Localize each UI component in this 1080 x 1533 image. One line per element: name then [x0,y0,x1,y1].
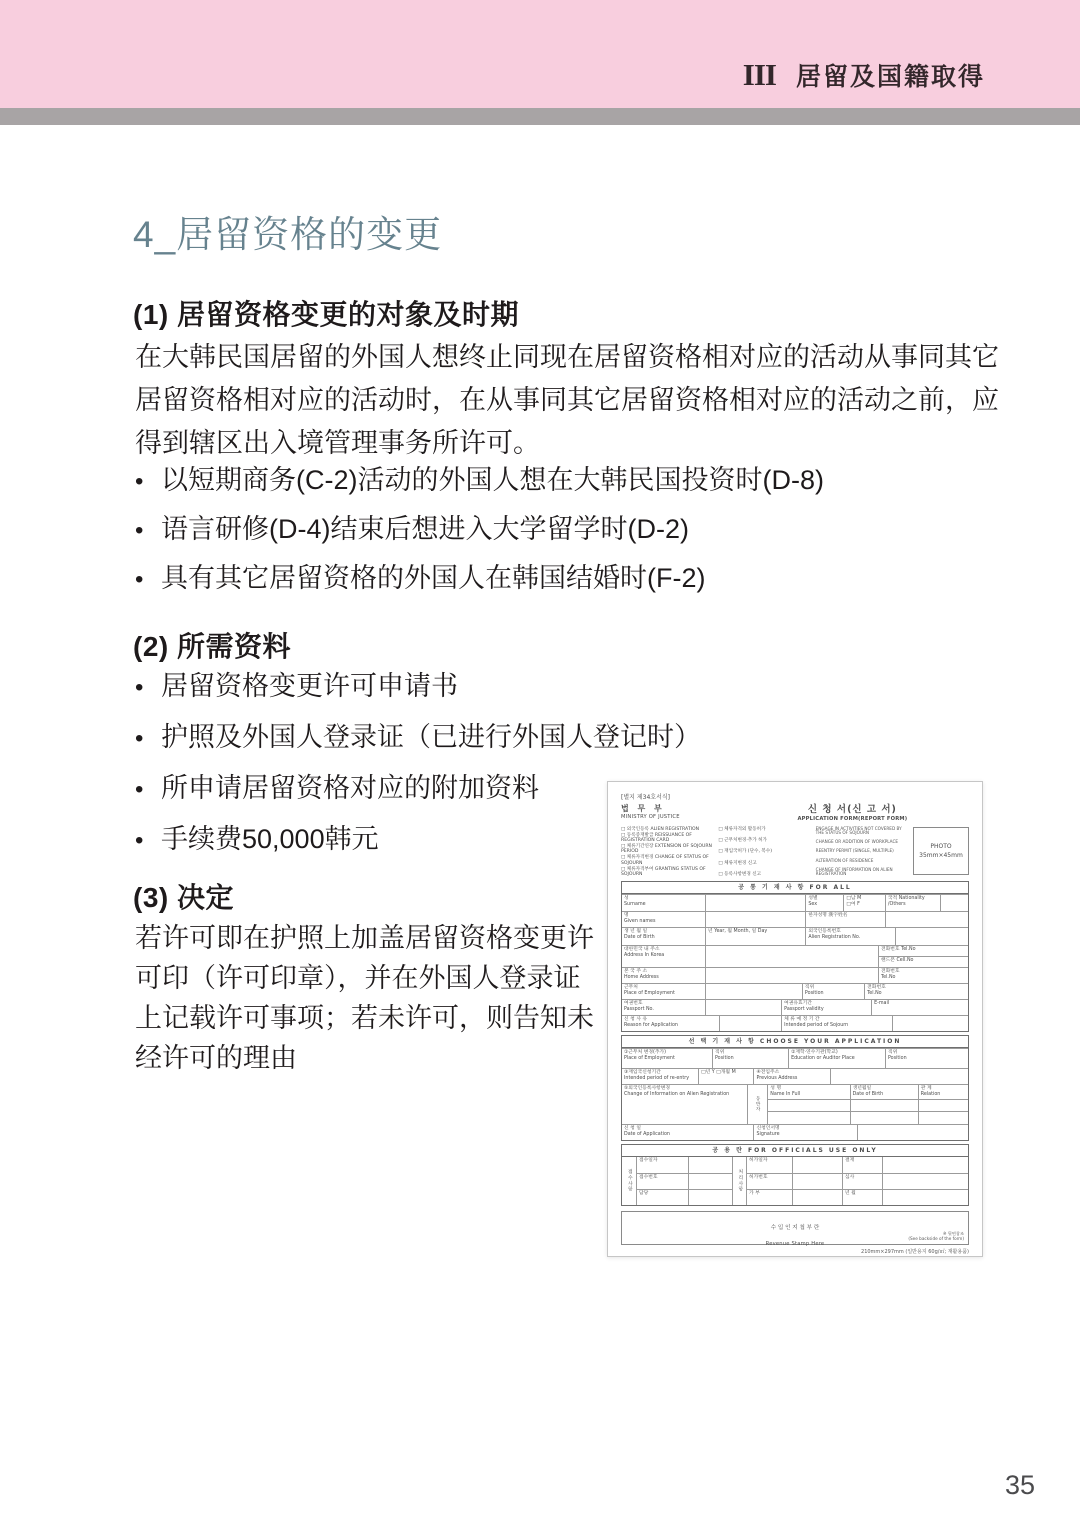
form-field-label: 성 Surname [622,895,705,911]
form-field-label: 전화번호 Tel.No [878,968,968,983]
form-field-blank [705,946,878,967]
form-header: 법 무 부 MINISTRY OF JUSTICE 신 청 서(신 고 서) A… [621,804,969,822]
form-field-label: 신 청 일 Date of Application [622,1125,753,1140]
form-field-label: 여권번호 Passport No. [622,1000,705,1015]
form-field-label: □남 M □여 F [843,895,885,911]
page-number: 35 [1005,1470,1035,1501]
form-field-label: 직위 Position [885,1049,968,1068]
form-row: 대한민국 내 주소 Address In Korea 전화번호 Tel.No 핸… [622,945,968,967]
form-checkbox-item: CHANGE OF INFORMATION ON ALIEN REGISTRAT… [816,868,909,877]
form-stamp-note: ※ 뒷면참조 (See backside of the form) [908,1231,964,1242]
bullet-text: 以短期商务(C-2)活动的外国人想在大韩民国投资时(D-8) [161,464,824,497]
bullet-text: 护照及外国人登录证（已进行外国人登记时） [161,721,701,754]
form-field-blank [719,1016,781,1031]
form-field-blank [705,984,802,999]
form-field-label: 성별 Sex [805,895,843,911]
bullet-icon [135,464,161,498]
form-row: ①근무처 변경(추가) Place of Employment 직위 Posit… [622,1048,968,1068]
form-row: ⑤외국인등록사항변경 Change of Information on Alie… [622,1084,968,1124]
bullet-icon [135,772,161,806]
form-ministry-ko: 법 무 부 [621,804,736,814]
bullet-icon [135,670,161,704]
application-form-image: [별지 제34호서식] 법 무 부 MINISTRY OF JUSTICE 신 … [607,781,983,1257]
form-photo-box: PHOTO 35mm×45mm [913,827,969,875]
form-field-label: ②재학·연수기관(학교) Education or Auditor Place [788,1049,885,1068]
form-row [767,1111,968,1124]
list-item: 具有其它居留资格的外国人在韩国结婚时(F-2) [135,562,824,596]
form-field-label: 생년월일 Date of Birth [850,1085,918,1099]
form-field-blank [792,1157,842,1173]
form-row: 여권번호 Passport No. 여권유효기간 Passport validi… [622,999,968,1015]
form-field-label: 국적 Nationality /Others [885,895,940,911]
form-field-label: 본 국 주 소 Home Address [622,968,705,983]
form-field-blank [792,1189,842,1205]
form-field-blank [792,1173,842,1189]
form-ministry-en: MINISTRY OF JUSTICE [621,814,736,820]
form-checkbox-col2: □ 체류자격외 활동허가□ 근무처변경·추가 허가□ 재입국허가 (단수, 복수… [718,827,815,877]
bullet-text: 居留资格变更许可申请书 [161,670,458,703]
form-field-label: 체 류 예 정 기 간 Intended period of Sojourn [781,1016,892,1031]
form-field-blank [705,912,805,927]
form-field-label: 심사 [842,1173,882,1189]
form-field-label: 한자성명 漢字姓名 [805,912,885,927]
form-row: 신 청 사 유 Reason for Application 체 류 예 정 기… [622,1015,968,1031]
form-field-label: 핸드폰 Cell.No [879,956,968,967]
form-field-blank [767,1112,849,1124]
form-field-label: 대한민국 내 주소 Address In Korea [622,946,705,967]
list-item: 护照及外国人登录证（已进行外国人登记时） [135,721,701,755]
form-field-label: ⑤외국인등록사항변경 Change of Information on Alie… [622,1085,747,1124]
form-field-blank [850,1112,918,1124]
form-field-label: 관 계 Relation [918,1085,968,1099]
form-field-label: 결재 [842,1157,882,1173]
bullet-icon [135,562,161,596]
form-field-label: 년 월 [842,1189,882,1205]
bullet-icon [135,513,161,547]
form-title-ko: 신 청 서(신 고 서) [736,804,969,815]
list-item: 以短期商务(C-2)活动的外国人想在大韩民国投资时(D-8) [135,464,824,498]
form-field-label: 근무처 Place of Employment [622,984,705,999]
chapter-header-band: III 居留及国籍取得 [0,0,1080,108]
form-field-blank [705,1000,781,1015]
form-checkbox-item: □ 체류자격부여 GRANTING STATUS OF SOJOURN [621,867,714,877]
form-field-label: 허가일자 [746,1157,792,1173]
form-checkbox-item: □ 등록증재발급 REISSUANCE OF REGISTRATION CARD [621,833,714,843]
form-field-stack: 전화번호 Tel.No 핸드폰 Cell.No [878,946,968,967]
form-field-label: 전화번호 Tel.No [879,946,968,956]
list-item: 语言研修(D-4)结束后想进入大学留学时(D-2) [135,513,824,547]
form-field-label: 직위 Position [802,984,864,999]
form-checkbox-item: ALTERATION OF RESIDENCE [816,859,909,864]
form-field-label: 접수일자 [636,1157,688,1173]
form-field-label: 접수번호 [636,1173,688,1189]
form-checkbox-item: CHANGE OR ADDITION OF WORKPLACE [816,840,909,845]
form-field-label: 동반자 [747,1085,768,1124]
form-row: 생 년 월 일 Date of Birth 년 Year, 월 Month, 일… [622,927,968,945]
form-field-label: □년 Y □개월 M [698,1069,753,1084]
form-field-label: 직위 Position [712,1049,788,1068]
form-table-choose: 선 택 기 재 사 항 CHOOSE YOUR APPLICATION ①근무처… [621,1035,969,1141]
form-ministry: 법 무 부 MINISTRY OF JUSTICE [621,804,736,820]
form-checkbox-item: □ 외국인등록 ALIEN REGISTRATION [621,827,714,832]
form-table-common: 공 통 기 재 사 항 FOR ALL 성 Surname 성별 Sex □남 … [621,881,969,1032]
form-stamp-en: Revenue Stamp Here [622,1241,968,1247]
form-field-blank [705,895,805,911]
form-field-blank [688,1189,732,1205]
form-field-label: 신 청 사 유 Reason for Application [622,1016,719,1031]
form-field-label: 접수사항 [622,1157,636,1205]
form-field-label: ③재입국신청기간 Intended period of re-entry [622,1069,698,1084]
form-field-label: 여권유효기간 Passport validity [781,1000,871,1015]
form-checkbox-item: □ 체류기간연장 EXTENSION OF SOJOURN PERIOD [621,844,714,854]
form-field-label: 처리사항 [732,1157,746,1205]
form-field-blank [857,1125,968,1140]
form-field-label: E-mail [871,1000,968,1015]
form-field-blank [882,1157,968,1173]
section-2-heading: (2) 所需资料 [133,625,291,665]
bullet-text: 语言研修(D-4)结束后想进入大学留学时(D-2) [161,513,689,546]
form-checkbox-col3: ENGAGE IN ACTIVITIES NOT COVERED BY THE … [816,827,913,877]
form-field-label: 전화번호 Tel.No [864,984,968,999]
form-checkbox-item: □ 등록사항변경 신고 [718,872,811,877]
form-row: 성 Surname 성별 Sex □남 M □여 F 국적 Nationalit… [622,894,968,911]
form-field-blank [895,928,968,945]
section-1-heading: (1) 居留资格变更的对象及时期 [133,293,519,333]
form-field-label: 허가번호 [746,1173,792,1189]
form-row: 신 청 일 Date of Application 신청인서명 Signatur… [622,1124,968,1140]
form-checkbox-zone: □ 외국인등록 ALIEN REGISTRATION□ 등록증재발급 REISS… [621,827,969,877]
chapter-header: III 居留及国籍取得 [743,57,985,93]
form-row: 명 Given names 한자성명 漢字姓名 [622,911,968,927]
form-field-blank [882,1189,968,1205]
form-bracket-note: [별지 제34호서식] [621,794,969,801]
form-field-label: 가 부 [746,1189,792,1205]
form-title: 신 청 서(신 고 서) APPLICATION FORM(REPORT FOR… [736,804,969,822]
form-field-label: 년 Year, 월 Month, 일 Day [705,928,805,945]
form-field-label: 담당 [636,1189,688,1205]
form-table-header: 공 용 란 FOR OFFICIALS USE ONLY [622,1145,968,1157]
form-officials-grid: 접수사항 접수일자 처리사항 허가일자 결재 접수번호 허가번호 심사 담당 가… [622,1157,968,1205]
bullet-icon [135,721,161,755]
form-field-blank [688,1173,732,1189]
bullet-icon [135,823,161,857]
form-checkbox-item: REENTRY PERMIT (SINGLE, MULTIPLE) [816,849,909,854]
form-title-en: APPLICATION FORM(REPORT FORM) [736,816,969,822]
form-field-blank [688,1157,732,1173]
form-checkbox-item: □ 체류자격외 활동허가 [718,827,811,832]
form-revenue-stamp-box: 수 입 인 지 첩 부 란 Revenue Stamp Here ※ 뒷면참조 … [621,1211,969,1245]
form-field-label: 생 년 월 일 Date of Birth [622,928,705,945]
form-field-blank [918,1112,968,1124]
form-field-label: ①근무처 변경(추가) Place of Employment [622,1049,712,1068]
form-field-blank [705,968,878,983]
section-3-body: 若许可即在护照上加盖居留资格变更许 可印（许可印章），并在外国人登录证 上记载许… [135,918,615,1078]
list-item: 居留资格变更许可申请书 [135,670,701,704]
bullet-text: 所申请居留资格对应的附加资料 [161,772,539,805]
form-table-header: 공 통 기 재 사 항 FOR ALL [622,882,968,894]
form-row: 본 국 주 소 Home Address 전화번호 Tel.No [622,967,968,983]
chapter-title: 居留及国籍取得 [796,57,985,93]
form-field-blank [918,1100,968,1112]
form-field-label: 신청인서명 Signature [753,1125,857,1140]
section-3-heading: (3) 决定 [133,876,234,916]
page-title: 4_居留资格的变更 [133,204,442,258]
form-field-blank [885,912,968,927]
form-field-blank [940,895,968,911]
form-field-label: 명 Given names [622,912,705,927]
bullet-text: 具有其它居留资格的外国人在韩国结婚时(F-2) [161,562,705,595]
form-table-header: 선 택 기 재 사 항 CHOOSE YOUR APPLICATION [622,1036,968,1048]
form-field-blank [882,1173,968,1189]
form-field-blank [830,1069,968,1084]
form-checkbox-item: □ 체류지변경 신고 [718,861,811,866]
form-checkbox-item: □ 체류자격변경 CHANGE OF STATUS OF SOJOURN [621,855,714,865]
form-row: 근무처 Place of Employment 직위 Position 전화번호… [622,983,968,999]
form-checkbox-item: □ 재입국허가 (단수, 복수) [718,849,811,854]
bullet-text: 手续费50,000韩元 [161,823,379,856]
form-checkbox-item: ENGAGE IN ACTIVITIES NOT COVERED BY THE … [816,827,909,836]
form-field-label: ④전입주소 Previous Address [753,1069,829,1084]
form-field-blank [850,1100,918,1112]
form-field-blank [892,1016,968,1031]
section-1-body: 在大韩民国居留的外国人想终止同现在居留资格相对应的活动从事同其它 居留资格相对应… [135,336,1015,465]
chapter-numeral: III [743,57,776,93]
form-field-label: 성 명 Name In Full [767,1085,849,1099]
form-subtable: 성 명 Name In Full 생년월일 Date of Birth 관 계 … [767,1085,968,1124]
form-row [767,1099,968,1112]
form-row: 성 명 Name In Full 생년월일 Date of Birth 관 계 … [767,1085,968,1099]
form-field-blank [767,1100,849,1112]
form-checkbox-item: □ 근무처변경·추가 허가 [718,838,811,843]
form-table-officials: 공 용 란 FOR OFFICIALS USE ONLY 접수사항 접수일자 처… [621,1144,969,1206]
form-field-label: 외국인등록번호 Alien Registration No. [805,928,895,945]
section-1-bullet-list: 以短期商务(C-2)活动的外国人想在大韩民国投资时(D-8) 语言研修(D-4)… [135,464,824,596]
form-checkbox-col1: □ 외국인등록 ALIEN REGISTRATION□ 등록증재발급 REISS… [621,827,718,877]
form-row: ③재입국신청기간 Intended period of re-entry □년 … [622,1068,968,1084]
divider-rule [0,108,1080,125]
